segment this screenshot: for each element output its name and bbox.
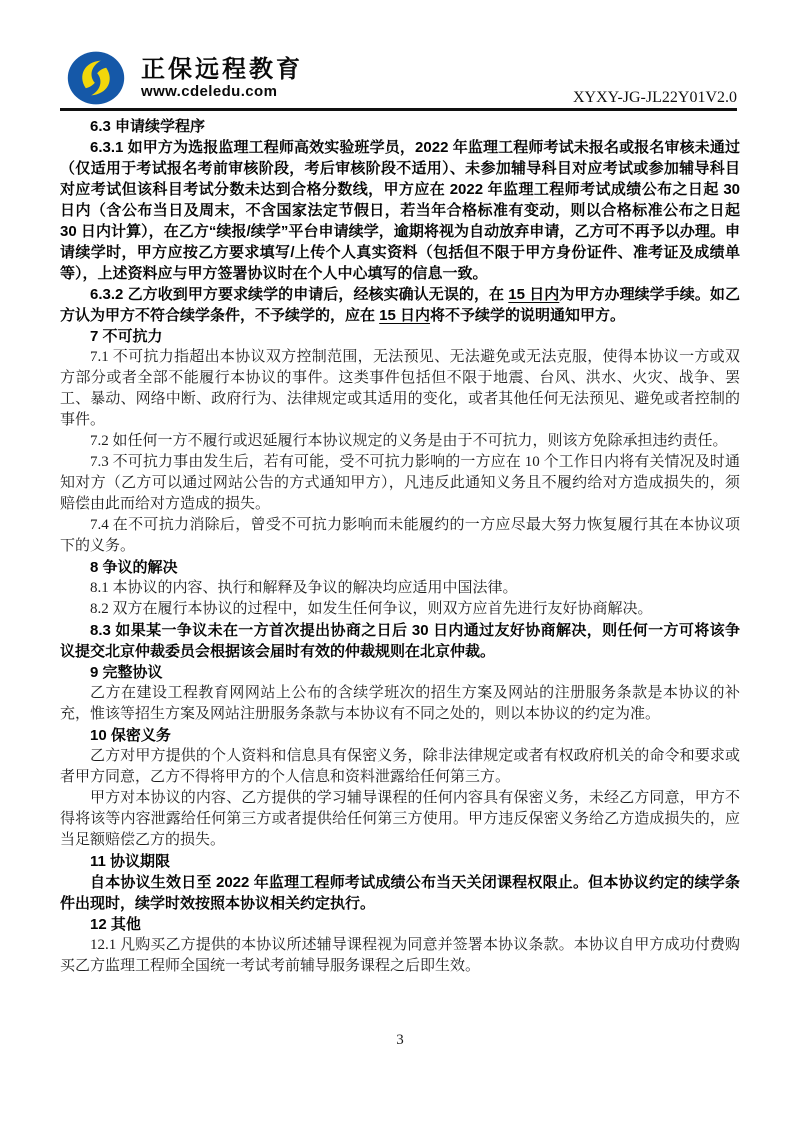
underlined-term-15-days-1: 15 日内 — [508, 286, 559, 303]
brand: 正保远程教育 www.cdeledu.com — [60, 48, 303, 108]
contract-body: 6.3 申请续学程序 6.3.1 如甲方为选报监理工程师高效实验班学员，2022… — [60, 116, 740, 977]
document-page: 正保远程教育 www.cdeledu.com XYXY-JG-JL22Y01V2… — [0, 0, 800, 1133]
brand-logo-icon — [60, 48, 132, 108]
clause-6-3-2-text-3: 将不予续学的说明通知甲方。 — [430, 307, 625, 324]
clause-12-1: 12.1 凡购买乙方提供的本协议所述辅导课程视为同意并签署本协议条款。本协议自甲… — [60, 935, 740, 977]
clause-6-3-2: 6.3.2 乙方收到甲方要求续学的申请后，经核实确认无误的，在 15 日内为甲方… — [60, 284, 740, 326]
brand-text: 正保远程教育 www.cdeledu.com — [141, 56, 303, 101]
header-rule — [60, 108, 737, 111]
clause-7-2: 7.2 如任何一方不履行或迟延履行本协议规定的义务是由于不可抗力，则该方免除承担… — [60, 431, 740, 452]
clause-7-1: 7.1 不可抗力指超出本协议双方控制范围，无法预见、无法避免或无法克服，使得本协… — [60, 347, 740, 431]
clause-6-3-2-text-1: 6.3.2 乙方收到甲方要求续学的申请后，经核实确认无误的，在 — [90, 286, 508, 303]
clause-10-para-2: 甲方对本协议的内容、乙方提供的学习辅导课程的任何内容具有保密义务，未经乙方同意，… — [60, 788, 740, 851]
clause-6-3-1: 6.3.1 如甲方为选报监理工程师高效实验班学员，2022 年监理工程师考试未报… — [60, 137, 740, 284]
clause-9-body: 乙方在建设工程教育网网站上公布的含续学班次的招生方案及网站的注册服务条款是本协议… — [60, 683, 740, 725]
clause-11-body: 自本协议生效日至 2022 年监理工程师考试成绩公布当天关闭课程权限止。但本协议… — [60, 872, 740, 914]
underlined-term-15-days-2: 15 日内 — [379, 307, 430, 324]
clause-11-heading: 11 协议期限 — [60, 851, 740, 872]
clause-10-para-1: 乙方对甲方提供的个人资料和信息具有保密义务，除非法律规定或者有权政府机关的命令和… — [60, 746, 740, 788]
brand-name: 正保远程教育 — [141, 56, 303, 84]
clause-6-3-heading: 6.3 申请续学程序 — [60, 116, 740, 137]
page-number: 3 — [0, 1032, 800, 1049]
page-header: 正保远程教育 www.cdeledu.com XYXY-JG-JL22Y01V2… — [60, 48, 737, 108]
clause-10-heading: 10 保密义务 — [60, 725, 740, 746]
clause-12-heading: 12 其他 — [60, 914, 740, 935]
brand-url: www.cdeledu.com — [141, 83, 303, 100]
clause-7-3: 7.3 不可抗力事由发生后，若有可能，受不可抗力影响的一方应在 10 个工作日内… — [60, 452, 740, 515]
doc-code: XYXY-JG-JL22Y01V2.0 — [573, 89, 737, 108]
clause-9-heading: 9 完整协议 — [60, 662, 740, 683]
clause-7-heading: 7 不可抗力 — [60, 326, 740, 347]
clause-8-heading: 8 争议的解决 — [60, 557, 740, 578]
clause-8-1: 8.1 本协议的内容、执行和解释及争议的解决均应适用中国法律。 — [60, 578, 740, 599]
clause-7-4: 7.4 在不可抗力消除后，曾受不可抗力影响而未能履约的一方应尽最大努力恢复履行其… — [60, 515, 740, 557]
clause-8-2: 8.2 双方在履行本协议的过程中，如发生任何争议，则双方应首先进行友好协商解决。 — [60, 599, 740, 620]
clause-8-3: 8.3 如果某一争议未在一方首次提出协商之日后 30 日内通过友好协商解决，则任… — [60, 620, 740, 662]
